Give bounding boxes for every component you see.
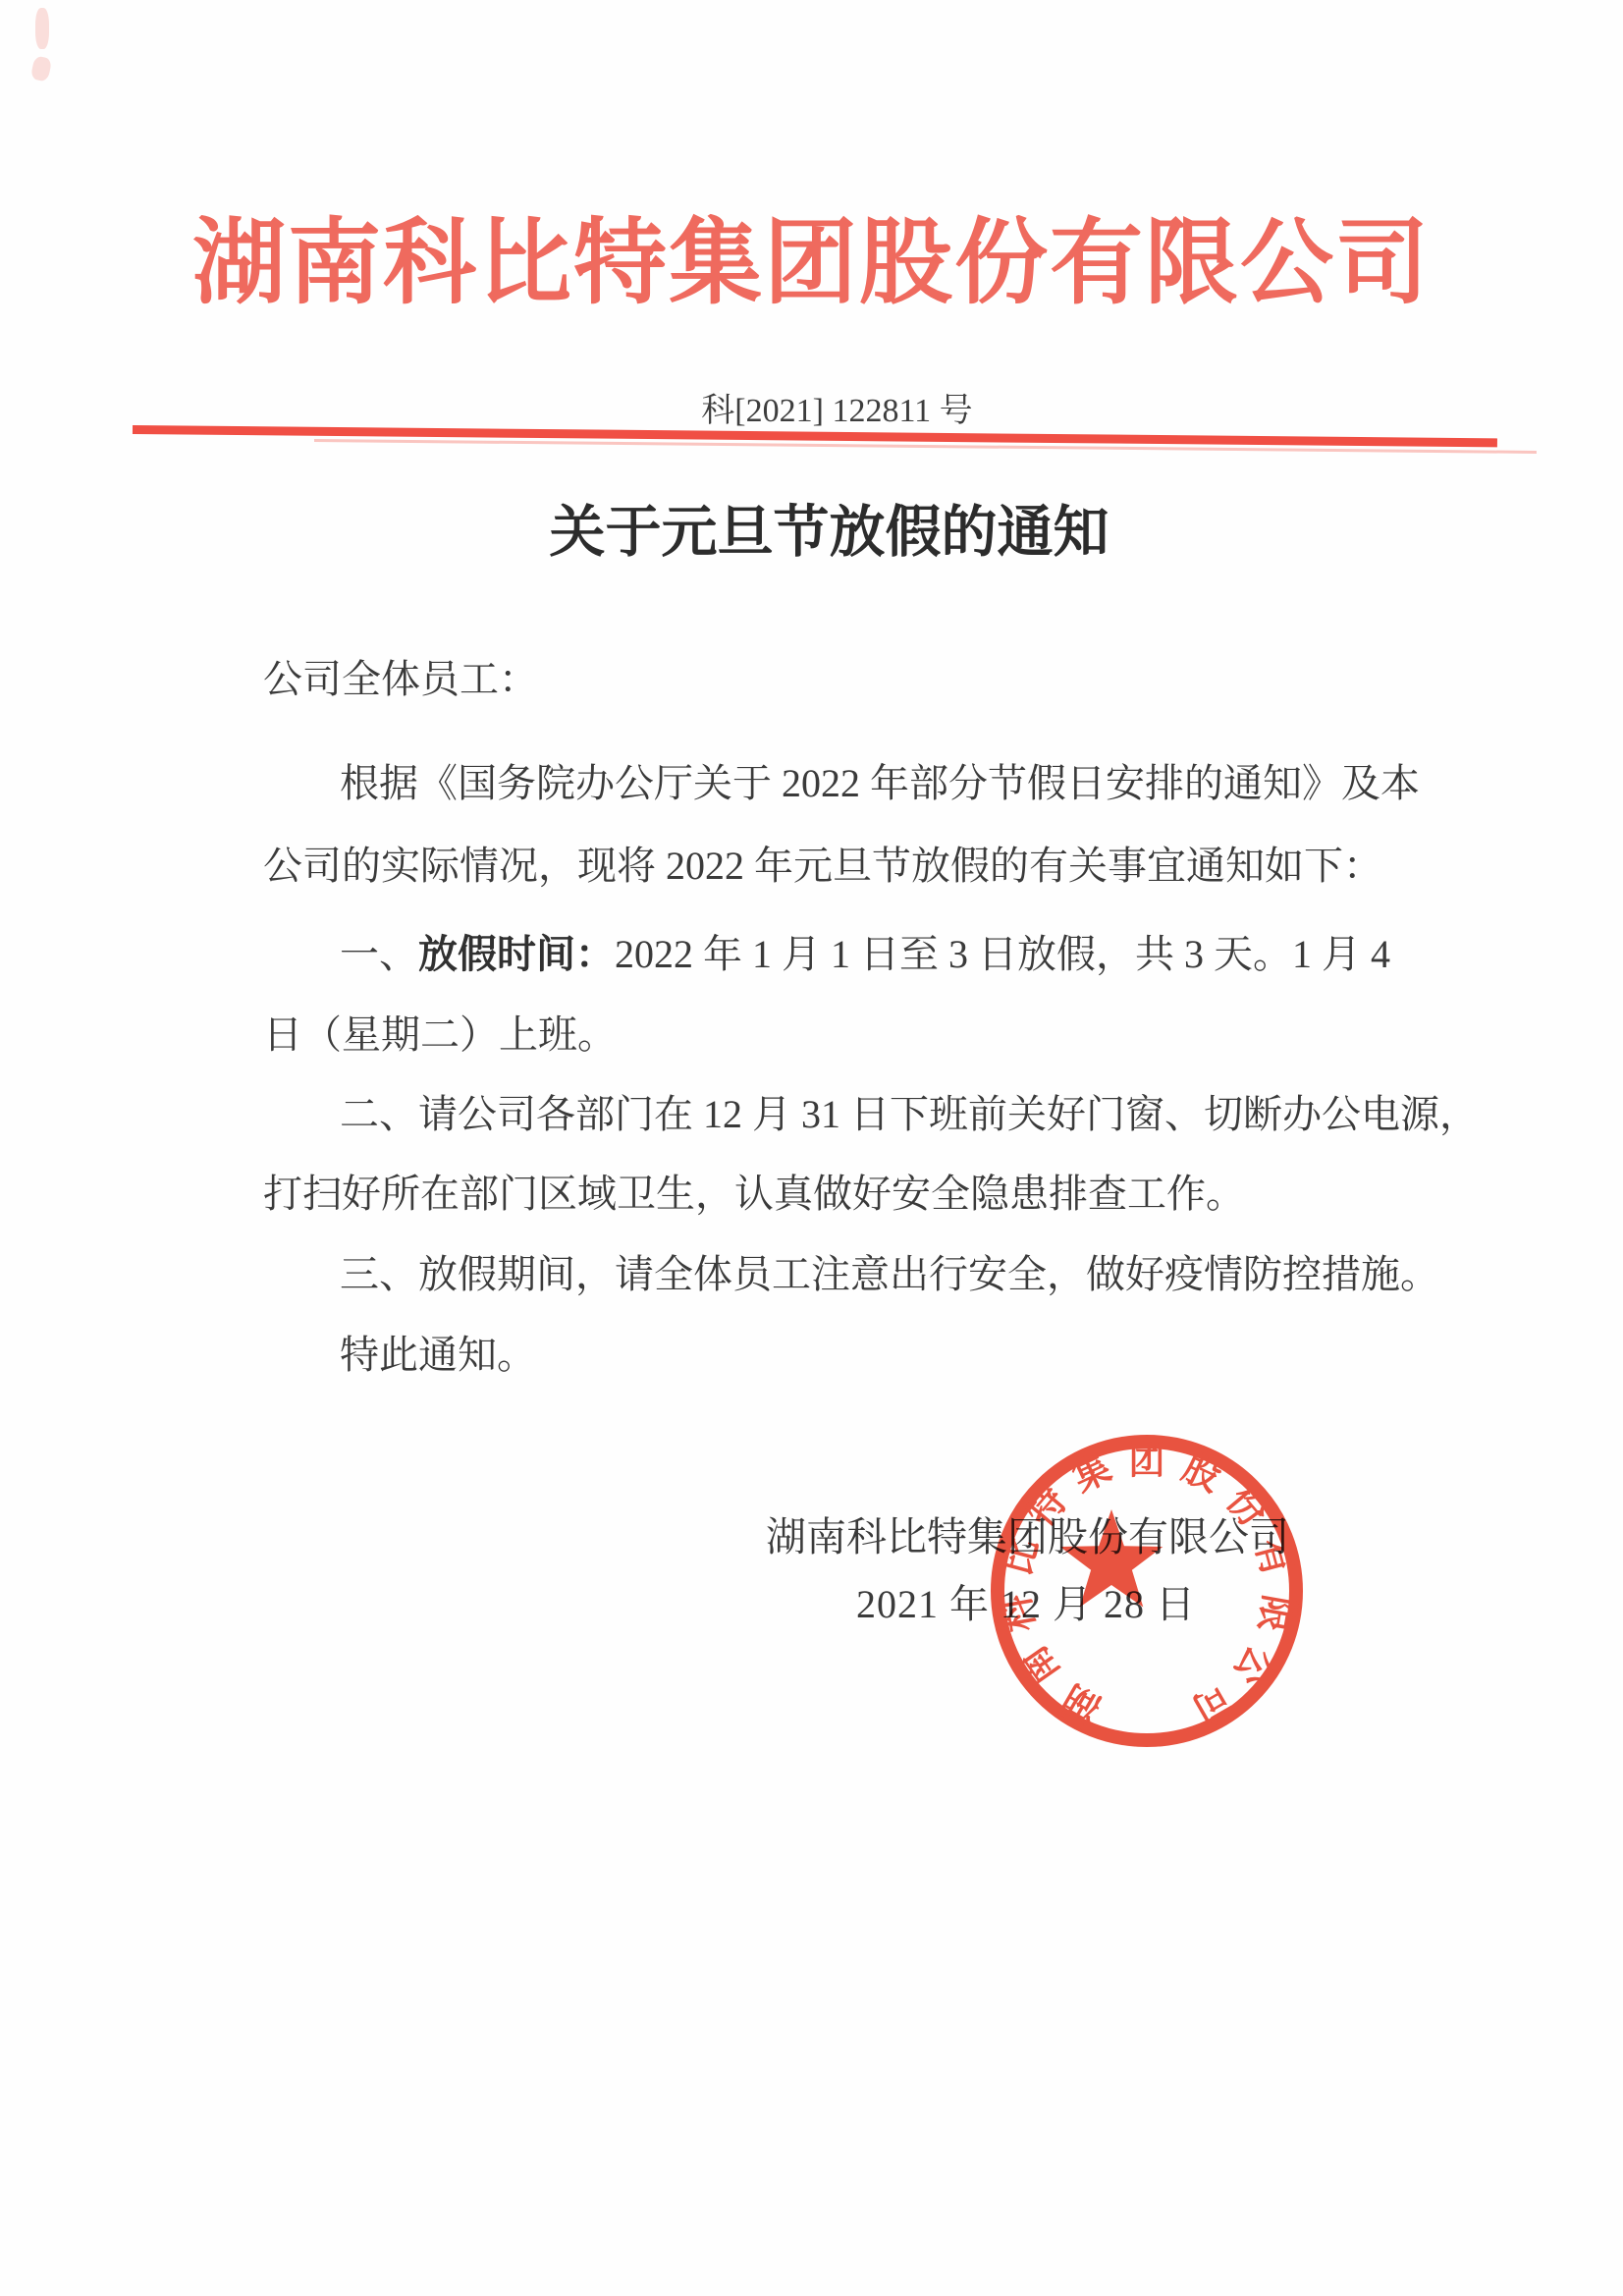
body-text: 打扫好所在部门区域卫生，认真做好安全隐患排查工作。 bbox=[263, 1172, 1245, 1216]
item-2-line: 二、请公司各部门在 12 月 31 日下班前关好门窗、切断办公电源， bbox=[263, 1083, 1479, 1139]
seal-ring-char: 南 bbox=[1009, 1638, 1069, 1695]
body-text: 一、 bbox=[340, 932, 418, 976]
scan-artifact bbox=[30, 55, 53, 82]
body-text: 根据《国务院办公厅关于 2022 年部分节假日安排的通知》及本 bbox=[340, 761, 1420, 805]
closing-line: 特此通知。 bbox=[263, 1324, 536, 1380]
scan-artifact bbox=[35, 8, 49, 49]
document-number: 科[2021] 122811 号 bbox=[26, 383, 1623, 431]
salutation-line: 公司全体员工： bbox=[263, 648, 538, 704]
body-text-bold: 放假时间： bbox=[418, 932, 615, 976]
paragraph-line: 根据《国务院办公厅关于 2022 年部分节假日安排的通知》及本 bbox=[263, 752, 1420, 808]
paragraph-line: 公司的实际情况，现将 2022 年元旦节放假的有关事宜通知如下： bbox=[263, 835, 1382, 891]
body-text: 2022 年 1 月 1 日至 3 日放假，共 3 天。1 月 4 bbox=[615, 932, 1390, 976]
company-letterhead-title: 湖南科比特集团股份有限公司 bbox=[0, 189, 1623, 322]
seal-ring-char: 份 bbox=[1218, 1477, 1278, 1535]
body-text: 公司的实际情况，现将 2022 年元旦节放假的有关事宜通知如下： bbox=[263, 844, 1382, 888]
company-seal-stamp: 湖南科比特集团股份有限公司 bbox=[970, 1414, 1324, 1768]
notice-title: 关于元旦节放假的通知 bbox=[18, 487, 1623, 568]
item-1-line: 一、放假时间：2022 年 1 月 1 日至 3 日放假，共 3 天。1 月 4 bbox=[263, 923, 1390, 979]
body-text: 公司全体员工： bbox=[263, 657, 538, 701]
scanned-notice-document: 湖南科比特集团股份有限公司 科[2021] 122811 号 关于元旦节放假的通… bbox=[0, 0, 1623, 2296]
body-text: 三、放假期间，请全体员工注意出行安全，做好疫情防控措施。 bbox=[340, 1252, 1439, 1296]
item-3-line: 三、放假期间，请全体员工注意出行安全，做好疫情防控措施。 bbox=[263, 1243, 1439, 1299]
seal-star-icon bbox=[1060, 1509, 1163, 1608]
body-text: 二、请公司各部门在 12 月 31 日下班前关好门窗、切断办公电源， bbox=[340, 1092, 1479, 1136]
item-2-line: 打扫好所在部门区域卫生，认真做好安全隐患排查工作。 bbox=[263, 1163, 1245, 1219]
seal-ring-char: 团 bbox=[1129, 1436, 1165, 1483]
item-1-line: 日（星期二）上班。 bbox=[263, 1004, 617, 1060]
seal-ring-char: 特 bbox=[1016, 1477, 1076, 1535]
seal-ring-char: 公 bbox=[1225, 1638, 1285, 1695]
body-text: 日（星期二）上班。 bbox=[263, 1012, 617, 1057]
body-text: 特此通知。 bbox=[340, 1333, 536, 1377]
seal-ring-char: 限 bbox=[1250, 1592, 1303, 1636]
